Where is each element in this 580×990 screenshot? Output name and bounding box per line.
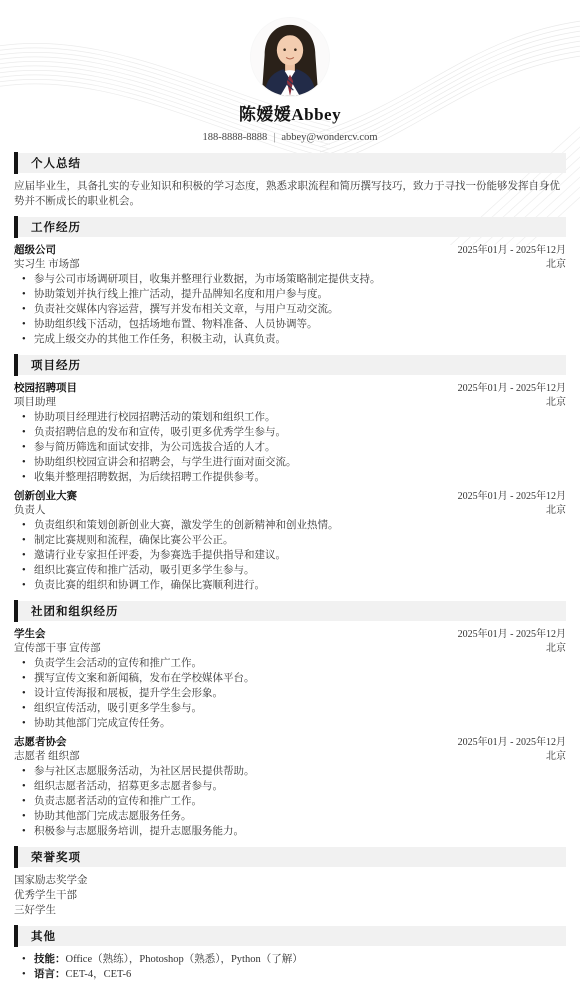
- entry-org: 创新创业大赛: [14, 489, 77, 504]
- bullet-item: 负责社交媒体内容运营，撰写并发布相关文章，与用户互动交流。: [14, 302, 566, 317]
- languages-text: CET-4，CET-6: [66, 969, 132, 980]
- entry-bullets: 参与公司市场调研项目，收集并整理行业数据，为市场策略制定提供支持。 协助策划并执…: [14, 272, 566, 347]
- section-title: 工作经历: [31, 219, 81, 235]
- entry-org: 志愿者协会: [14, 735, 67, 750]
- bullet-item: 参与社区志愿服务活动，为社区居民提供帮助。: [14, 764, 566, 779]
- bullet-item: 组织比赛宣传和推广活动，吸引更多学生参与。: [14, 563, 566, 578]
- bullet-item: 协助项目经理进行校园招聘活动的策划和组织工作。: [14, 410, 566, 425]
- bullet-item: 组织志愿者活动，招募更多志愿者参与。: [14, 779, 566, 794]
- bullet-item: 收集并整理招聘数据，为后续招聘工作提供参考。: [14, 470, 566, 485]
- section-accent-bar: [14, 600, 18, 622]
- project-entry: 校园招聘项目 2025年01月 - 2025年12月 项目助理 北京 协助项目经…: [14, 381, 566, 485]
- entry-role: 宣传部干事 宣传部: [14, 642, 101, 656]
- bullet-item: 设计宣传海报和展板，提升学生会形象。: [14, 686, 566, 701]
- bullet-item: 组织宣传活动，吸引更多学生参与。: [14, 701, 566, 716]
- section-header-summary: 个人总结: [14, 153, 566, 173]
- honor-item: 三好学生: [14, 903, 566, 918]
- entry-date: 2025年01月 - 2025年12月: [458, 381, 566, 396]
- bullet-item: 负责学生会活动的宣传和推广工作。: [14, 656, 566, 671]
- entry-bullets: 负责学生会活动的宣传和推广工作。 撰写宣传文案和新闻稿，发布在学校媒体平台。 设…: [14, 656, 566, 731]
- skills-label: 技能：: [34, 954, 66, 965]
- entry-bullets: 协助项目经理进行校园招聘活动的策划和组织工作。 负责招聘信息的发布和宣传，吸引更…: [14, 410, 566, 485]
- resume-body: 个人总结 应届毕业生，具备扎实的专业知识和积极的学习态度，熟悉求职流程和简历撰写…: [0, 144, 580, 982]
- bullet-item: 协助组织线下活动，包括场地布置、物料准备、人员协调等。: [14, 317, 566, 332]
- bullet-item: 负责组织和策划创新创业大赛，激发学生的创新精神和创业热情。: [14, 518, 566, 533]
- bullet-item: 完成上级交办的其他工作任务，积极主动，认真负责。: [14, 332, 566, 347]
- entry-location: 北京: [546, 504, 566, 518]
- entry-location: 北京: [546, 258, 566, 272]
- entry-org: 校园招聘项目: [14, 381, 77, 396]
- bullet-item: 撰写宣传文案和新闻稿，发布在学校媒体平台。: [14, 671, 566, 686]
- resume-header: 陈嫒嫒Abbey 188-8888-8888|abbey@wondercv.co…: [0, 0, 580, 144]
- bullet-item: 参与简历筛选和面试安排，为公司选拔合适的人才。: [14, 440, 566, 455]
- entry-role: 实习生 市场部: [14, 258, 80, 272]
- section-title: 个人总结: [31, 155, 81, 171]
- honor-item: 国家励志奖学金: [14, 873, 566, 888]
- section-title: 其他: [31, 928, 56, 944]
- entry-date: 2025年01月 - 2025年12月: [458, 243, 566, 258]
- bullet-item: 制定比赛规则和流程，确保比赛公平公正。: [14, 533, 566, 548]
- languages-item: 语言：CET-4，CET-6: [14, 967, 566, 982]
- other-list: 技能：Office（熟练），Photoshop（熟悉），Python（了解） 语…: [14, 952, 566, 982]
- honor-item: 优秀学生干部: [14, 888, 566, 903]
- section-honors: 荣誉奖项 国家励志奖学金 优秀学生干部 三好学生: [14, 847, 566, 918]
- languages-label: 语言：: [34, 969, 66, 980]
- section-header-honors: 荣誉奖项: [14, 847, 566, 867]
- section-work: 工作经历 超级公司 2025年01月 - 2025年12月 实习生 市场部 北京…: [14, 217, 566, 347]
- entry-location: 北京: [546, 750, 566, 764]
- bullet-item: 协助其他部门完成志愿服务任务。: [14, 809, 566, 824]
- contact-separator: |: [273, 132, 275, 143]
- entry-date: 2025年01月 - 2025年12月: [458, 735, 566, 750]
- honors-list: 国家励志奖学金 优秀学生干部 三好学生: [14, 873, 566, 918]
- section-accent-bar: [14, 354, 18, 376]
- summary-text: 应届毕业生，具备扎实的专业知识和积极的学习态度，熟悉求职流程和简历撰写技巧，致力…: [14, 179, 566, 209]
- bullet-item: 积极参与志愿服务培训，提升志愿服务能力。: [14, 824, 566, 839]
- section-header-other: 其他: [14, 926, 566, 946]
- bullet-item: 负责招聘信息的发布和宣传，吸引更多优秀学生参与。: [14, 425, 566, 440]
- organization-entry: 志愿者协会 2025年01月 - 2025年12月 志愿者 组织部 北京 参与社…: [14, 735, 566, 839]
- entry-org: 学生会: [14, 627, 46, 642]
- organization-entry: 学生会 2025年01月 - 2025年12月 宣传部干事 宣传部 北京 负责学…: [14, 627, 566, 731]
- entry-role: 负责人: [14, 504, 46, 518]
- project-entry: 创新创业大赛 2025年01月 - 2025年12月 负责人 北京 负责组织和策…: [14, 489, 566, 593]
- section-summary: 个人总结 应届毕业生，具备扎实的专业知识和积极的学习态度，熟悉求职流程和简历撰写…: [14, 153, 566, 209]
- bullet-item: 负责志愿者活动的宣传和推广工作。: [14, 794, 566, 809]
- bullet-item: 协助策划并执行线上推广活动，提升品牌知名度和用户参与度。: [14, 287, 566, 302]
- entry-location: 北京: [546, 396, 566, 410]
- bullet-item: 参与公司市场调研项目，收集并整理行业数据，为市场策略制定提供支持。: [14, 272, 566, 287]
- bullet-item: 负责比赛的组织和协调工作，确保比赛顺利进行。: [14, 578, 566, 593]
- phone-number: 188-8888-8888: [202, 132, 267, 143]
- entry-role: 项目助理: [14, 396, 56, 410]
- profile-photo: [251, 18, 329, 96]
- bullet-item: 协助组织校园宣讲会和招聘会，与学生进行面对面交流。: [14, 455, 566, 470]
- section-accent-bar: [14, 216, 18, 238]
- skills-item: 技能：Office（熟练），Photoshop（熟悉），Python（了解）: [14, 952, 566, 967]
- section-title: 荣誉奖项: [31, 849, 81, 865]
- entry-date: 2025年01月 - 2025年12月: [458, 627, 566, 642]
- entry-bullets: 负责组织和策划创新创业大赛，激发学生的创新精神和创业热情。 制定比赛规则和流程，…: [14, 518, 566, 593]
- section-header-work: 工作经历: [14, 217, 566, 237]
- skills-text: Office（熟练），Photoshop（熟悉），Python（了解）: [66, 954, 303, 965]
- section-header-organizations: 社团和组织经历: [14, 601, 566, 621]
- section-organizations: 社团和组织经历 学生会 2025年01月 - 2025年12月 宣传部干事 宣传…: [14, 601, 566, 839]
- section-other: 其他 技能：Office（熟练），Photoshop（熟悉），Python（了解…: [14, 926, 566, 982]
- section-header-projects: 项目经历: [14, 355, 566, 375]
- section-accent-bar: [14, 846, 18, 868]
- candidate-name: 陈嫒嫒Abbey: [0, 104, 580, 126]
- section-title: 项目经历: [31, 357, 81, 373]
- section-projects: 项目经历 校园招聘项目 2025年01月 - 2025年12月 项目助理 北京 …: [14, 355, 566, 593]
- entry-role: 志愿者 组织部: [14, 750, 80, 764]
- entry-bullets: 参与社区志愿服务活动，为社区居民提供帮助。 组织志愿者活动，招募更多志愿者参与。…: [14, 764, 566, 839]
- contact-line: 188-8888-8888|abbey@wondercv.com: [0, 131, 580, 144]
- entry-date: 2025年01月 - 2025年12月: [458, 489, 566, 504]
- section-accent-bar: [14, 152, 18, 174]
- entry-org: 超级公司: [14, 243, 56, 258]
- email-address: abbey@wondercv.com: [281, 132, 377, 143]
- entry-location: 北京: [546, 642, 566, 656]
- section-accent-bar: [14, 925, 18, 947]
- bullet-item: 协助其他部门完成宣传任务。: [14, 716, 566, 731]
- work-entry: 超级公司 2025年01月 - 2025年12月 实习生 市场部 北京 参与公司…: [14, 243, 566, 347]
- resume-page: 陈嫒嫒Abbey 188-8888-8888|abbey@wondercv.co…: [0, 0, 580, 990]
- section-title: 社团和组织经历: [31, 603, 119, 619]
- bullet-item: 邀请行业专家担任评委，为参赛选手提供指导和建议。: [14, 548, 566, 563]
